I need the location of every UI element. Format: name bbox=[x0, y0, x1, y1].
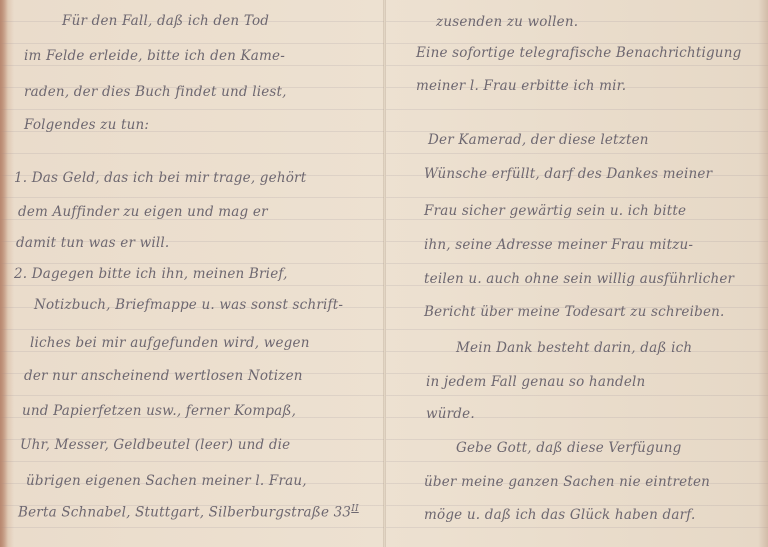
page-edge bbox=[758, 0, 768, 547]
left-line-4: Folgendes zu tun: bbox=[24, 117, 149, 133]
right-page: zusenden zu wollen. Eine sofortige teleg… bbox=[386, 0, 768, 547]
right-line-10: Mein Dank besteht darin, daß ich bbox=[456, 340, 692, 356]
right-line-3: meiner l. Frau erbitte ich mir. bbox=[416, 78, 626, 94]
left-page: Für den Fall, daß ich den Tod im Felde e… bbox=[0, 0, 384, 547]
right-line-15: möge u. daß ich das Glück haben darf. bbox=[424, 507, 695, 523]
right-line-1: zusenden zu wollen. bbox=[436, 14, 578, 30]
left-line-13: Uhr, Messer, Geldbeutel (leer) und die bbox=[20, 437, 290, 453]
binding-edge bbox=[0, 0, 8, 547]
left-line-2: im Felde erleide, bitte ich den Kame- bbox=[24, 48, 285, 64]
right-line-4: Der Kamerad, der diese letzten bbox=[428, 132, 649, 148]
right-line-14: über meine ganzen Sachen nie eintreten bbox=[424, 474, 710, 490]
left-line-10: liches bei mir aufgefunden wird, wegen bbox=[30, 335, 310, 351]
left-line-15: Berta Schnabel, Stuttgart, Silberburgstr… bbox=[18, 504, 359, 521]
left-line-14: übrigen eigenen Sachen meiner l. Frau, bbox=[26, 473, 307, 489]
right-line-2: Eine sofortige telegrafische Benachricht… bbox=[416, 45, 741, 61]
right-line-7: ihn, seine Adresse meiner Frau mitzu- bbox=[424, 237, 693, 253]
right-line-5: Wünsche erfüllt, darf des Dankes meiner bbox=[424, 166, 712, 182]
right-line-6: Frau sicher gewärtig sein u. ich bitte bbox=[424, 203, 686, 219]
left-line-11: der nur anscheinend wertlosen Notizen bbox=[24, 368, 303, 384]
right-line-8: teilen u. auch ohne sein willig ausführl… bbox=[424, 271, 734, 287]
address-text: Berta Schnabel, Stuttgart, Silberburgstr… bbox=[18, 505, 351, 521]
left-line-7: damit tun was er will. bbox=[16, 235, 169, 251]
right-line-9: Bericht über meine Todesart zu schreiben… bbox=[424, 304, 725, 320]
left-line-5: 1. Das Geld, das ich bei mir trage, gehö… bbox=[14, 170, 306, 186]
right-line-11: in jedem Fall genau so handeln bbox=[426, 374, 645, 390]
left-line-1: Für den Fall, daß ich den Tod bbox=[62, 13, 269, 29]
address-floor: II bbox=[351, 504, 359, 514]
left-line-9: Notizbuch, Briefmappe u. was sonst schri… bbox=[34, 297, 343, 313]
left-line-3: raden, der dies Buch findet und liest, bbox=[24, 84, 287, 100]
right-line-13: Gebe Gott, daß diese Verfügung bbox=[456, 440, 682, 456]
left-line-8: 2. Dagegen bitte ich ihn, meinen Brief, bbox=[14, 266, 288, 282]
right-line-12: würde. bbox=[426, 406, 475, 422]
notebook-spread: Für den Fall, daß ich den Tod im Felde e… bbox=[0, 0, 768, 547]
left-line-12: und Papierfetzen usw., ferner Kompaß, bbox=[22, 403, 296, 419]
left-line-6: dem Auffinder zu eigen und mag er bbox=[18, 204, 268, 220]
